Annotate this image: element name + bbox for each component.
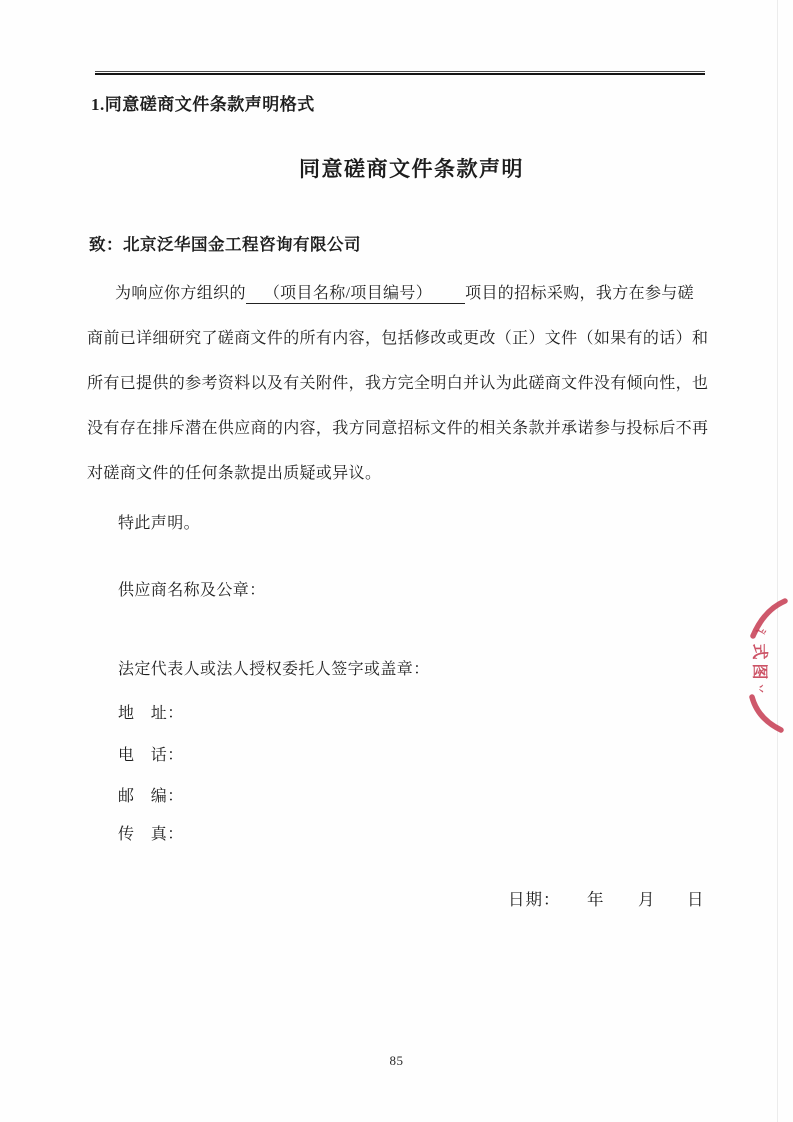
red-seal-stamp: 氵 式 图 丷 [740, 590, 793, 740]
date-year-label: 年 [587, 886, 605, 910]
fax-label: 传 真： [118, 821, 184, 844]
date-day-label: 日 [687, 886, 705, 910]
stamp-char-1: 氵 [753, 629, 766, 640]
address-label: 地 址： [118, 700, 184, 723]
stamp-char-2: 式 [750, 643, 769, 659]
body-paragraph-line-4: 没有存在排斥潜在供应商的内容，我方同意招标文件的相关条款并承诺参与投标后不再 [87, 415, 708, 438]
stamp-char-3: 图 [750, 663, 769, 679]
page-number: 85 [0, 1053, 793, 1069]
body-paragraph-line-3: 所有已提供的参考资料以及有关附件，我方完全明白并认为此磋商文件没有倾向性，也 [87, 370, 708, 393]
document-title: 同意磋商文件条款声明 [0, 153, 793, 183]
body-line1-prefix: 为响应你方组织的 [115, 285, 246, 302]
section-heading: 1.同意磋商文件条款声明格式 [91, 90, 315, 115]
stamp-char-4: 丷 [753, 683, 766, 694]
body-paragraph-line-1: 为响应你方组织的（项目名称/项目编号）项目的招标采购，我方在参与磋 [87, 280, 694, 304]
body-paragraph-line-2: 商前已详细研究了磋商文件的所有内容，包括修改或更改（正）文件（如果有的话）和 [87, 325, 708, 348]
postcode-label: 邮 编： [118, 783, 184, 806]
date-month-label: 月 [638, 886, 656, 910]
body-line1-suffix: 项目的招标采购，我方在参与磋 [465, 285, 694, 302]
phone-label: 电 话： [118, 742, 184, 765]
body-paragraph-line-5: 对磋商文件的任何条款提出质疑或异议。 [87, 460, 381, 483]
supplier-name-label: 供应商名称及公章： [118, 577, 266, 600]
date-label: 日期： [508, 886, 561, 910]
legal-representative-label: 法定代表人或法人授权委托人签字或盖章： [118, 656, 430, 679]
salutation-line: 致：北京泛华国金工程咨询有限公司 [89, 231, 361, 255]
project-name-blank: （项目名称/项目编号） [246, 286, 465, 304]
declaration-line: 特此声明。 [118, 510, 200, 533]
scan-edge-line [777, 0, 778, 1122]
header-double-rule [95, 71, 705, 75]
stamp-characters: 氵 式 图 丷 [751, 628, 767, 695]
document-page: 1.同意磋商文件条款声明格式 同意磋商文件条款声明 致：北京泛华国金工程咨询有限… [0, 0, 793, 1122]
